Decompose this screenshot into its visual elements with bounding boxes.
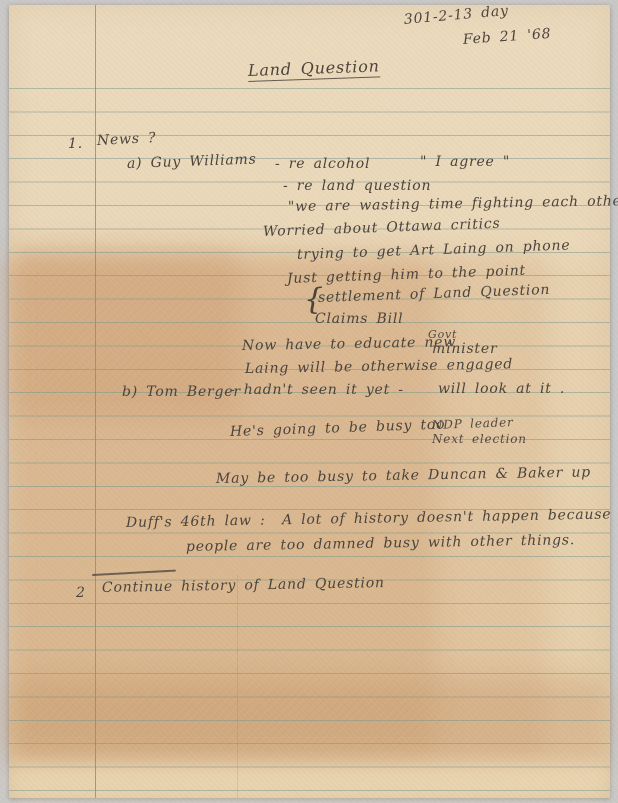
item-1b-speaker: b) Tom Berger xyxy=(122,385,241,400)
duffs-law-line-1: Duff's 46th law : A lot of history doesn… xyxy=(126,508,612,532)
sidenote-election: Next election xyxy=(432,433,527,446)
item-1a-quote-1: " I agree " xyxy=(420,155,510,170)
item-1-number: 1. xyxy=(68,137,83,152)
item-1a-note-2: - re land question xyxy=(283,179,431,194)
item-1a-note-4: trying to get Art Laing on phone xyxy=(297,238,571,263)
superscript-govt: Govt xyxy=(428,329,457,341)
item-1a-quote-2: "we are wasting time fighting each other… xyxy=(288,194,618,215)
scanner-background: 301-2-13 dayFeb 21 '68Land Question1.New… xyxy=(0,0,618,803)
date: Feb 21 '68 xyxy=(462,27,551,49)
stray-underline-mark xyxy=(92,570,176,576)
item-2-heading: Continue history of Land Question xyxy=(102,576,385,596)
item-1a-note-6: Now have to educate new xyxy=(242,335,456,354)
item-1b-note-1b: will look at it . xyxy=(438,382,565,397)
page-title: Land Question xyxy=(248,57,380,81)
item-1b-note-1: - hadn't seen it yet - xyxy=(230,383,404,398)
classmark: 301-2-13 day xyxy=(403,4,509,28)
item-2-number: 2 xyxy=(76,586,86,601)
item-1a-note-6b: minister xyxy=(432,342,497,357)
handwriting-layer: 301-2-13 dayFeb 21 '68Land Question1.New… xyxy=(0,0,618,803)
duffs-law-line-2: people are too damned busy with other th… xyxy=(186,533,575,555)
item-1a-note-1: - re alcohol xyxy=(275,157,370,172)
item-1a-brace-1: settlement of Land Question xyxy=(318,283,551,306)
sidenote-ndp: NDP leader xyxy=(432,416,514,432)
item-1b-note-3: May be too busy to take Duncan & Baker u… xyxy=(216,465,591,487)
item-1a-note-7: Laing will be otherwise engaged xyxy=(245,357,513,377)
item-1b-note-2: He's going to be busy too xyxy=(230,417,446,440)
item-1-heading: News ? xyxy=(97,131,157,149)
item-1a-note-3: Worried about Ottawa critics xyxy=(263,217,501,241)
item-1a-brace-2: Claims Bill xyxy=(315,312,403,327)
item-1a-speaker: a) Guy Williams xyxy=(127,152,257,172)
